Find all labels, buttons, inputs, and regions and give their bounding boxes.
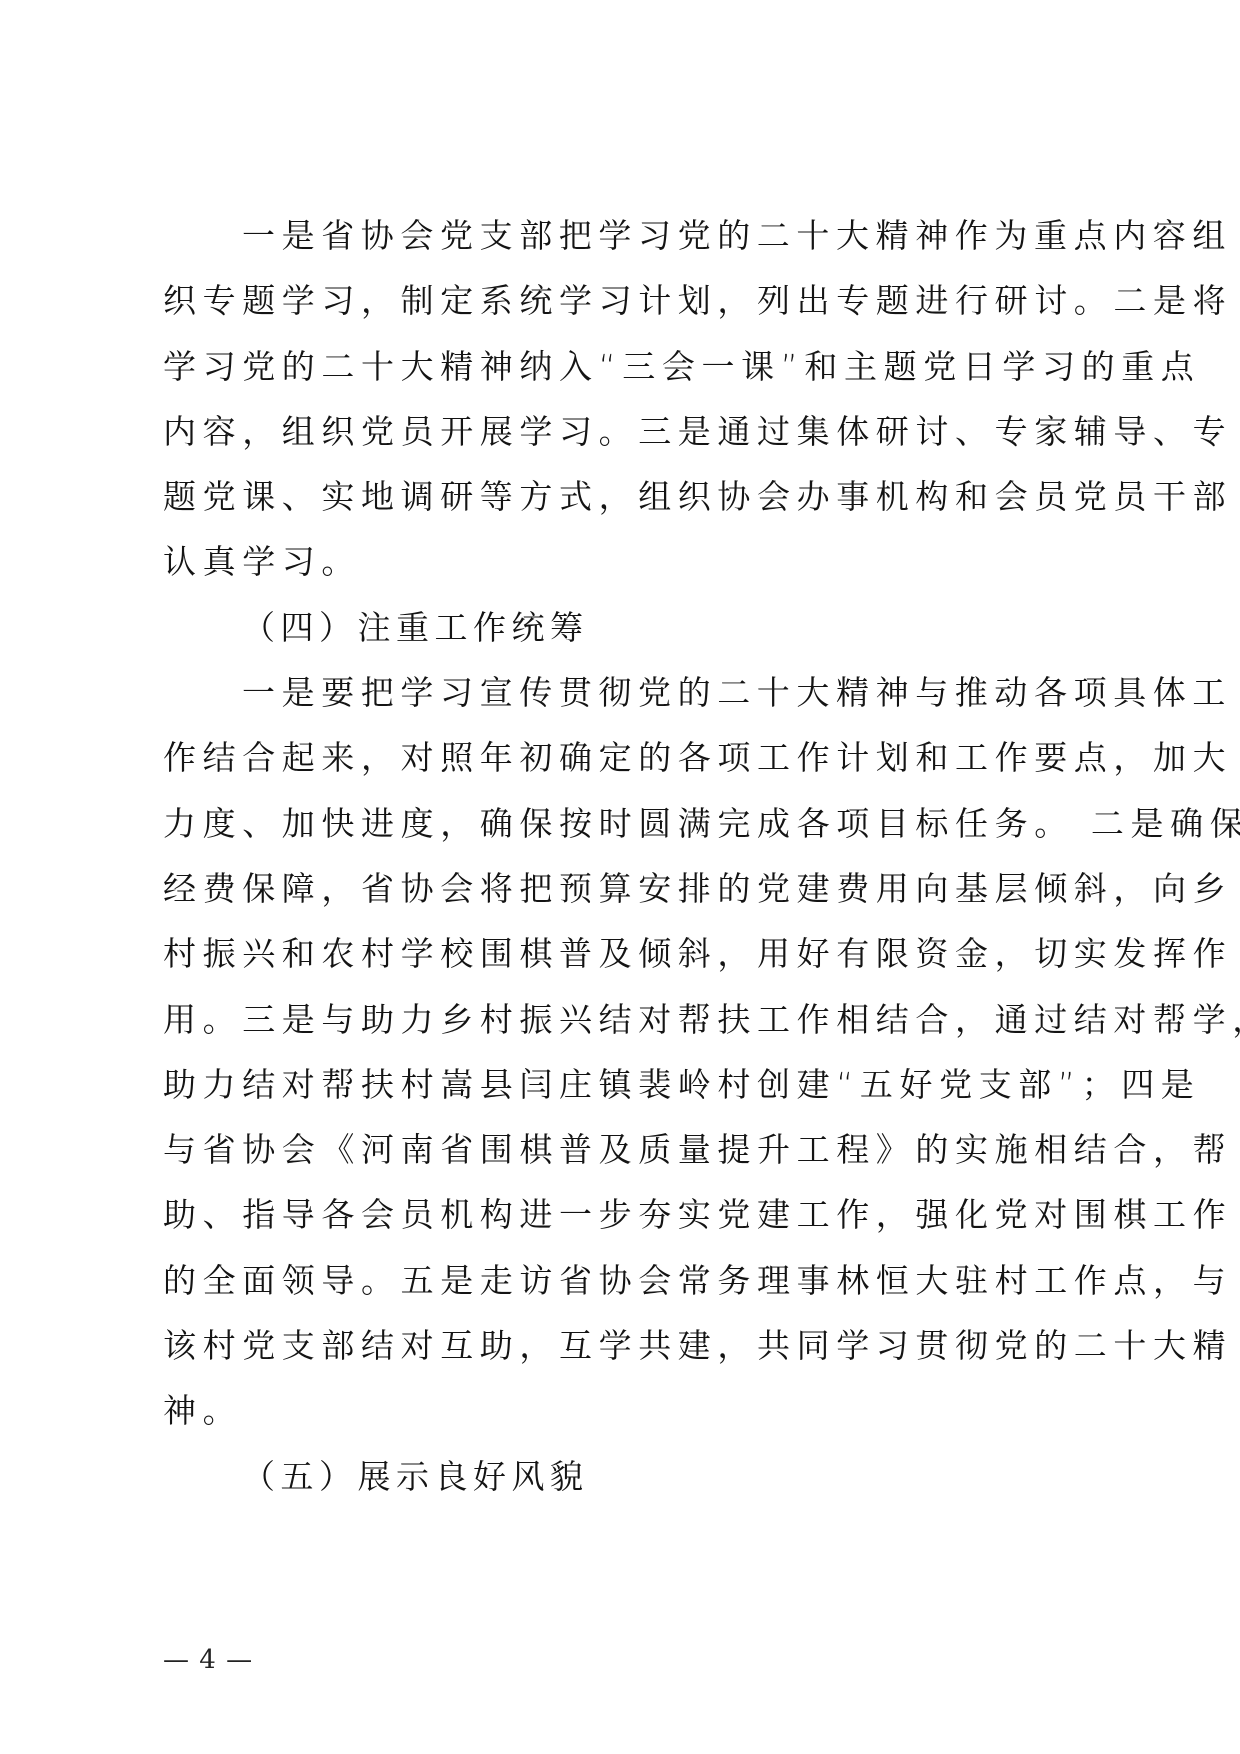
- paragraph-line: 用。三是与助力乡村振兴结对帮扶工作相结合，通过结对帮学，: [163, 987, 1093, 1052]
- paragraph-line: 助力结对帮扶村嵩县闫庄镇裴岭村创建“五好党支部”；四是: [163, 1052, 1093, 1117]
- paragraph-line: 与省协会《河南省围棋普及质量提升工程》的实施相结合，帮: [163, 1117, 1093, 1182]
- section-heading-4: （四）注重工作统筹: [163, 595, 1093, 660]
- paragraph-line: 力度、加快进度，确保按时圆满完成各项目标任务。 二是确保: [163, 791, 1093, 856]
- section-heading-5: （五）展示良好风貌: [163, 1444, 1093, 1509]
- paragraph-line: 经费保障，省协会将把预算安排的党建费用向基层倾斜，向乡: [163, 856, 1093, 921]
- paragraph-line: 内容，组织党员开展学习。三是通过集体研讨、专家辅导、专: [163, 399, 1093, 464]
- paragraph-line: 的全面领导。五是走访省协会常务理事林恒大驻村工作点，与: [163, 1248, 1093, 1313]
- paragraph-line: 助、指导各会员机构进一步夯实党建工作，强化党对围棋工作: [163, 1182, 1093, 1247]
- document-body: 一是省协会党支部把学习党的二十大精神作为重点内容组 织专题学习，制定系统学习计划…: [163, 203, 1093, 1509]
- document-page: 一是省协会党支部把学习党的二十大精神作为重点内容组 织专题学习，制定系统学习计划…: [0, 0, 1240, 1754]
- paragraph-line: 学习党的二十大精神纳入“三会一课”和主题党日学习的重点: [163, 334, 1093, 399]
- paragraph-line: 题党课、实地调研等方式，组织协会办事机构和会员党员干部: [163, 464, 1093, 529]
- page-number: — 4 —: [163, 1645, 253, 1675]
- paragraph-line: 认真学习。: [163, 529, 1093, 594]
- paragraph-line: 一是要把学习宣传贯彻党的二十大精神与推动各项具体工: [163, 660, 1093, 725]
- paragraph-line: 一是省协会党支部把学习党的二十大精神作为重点内容组: [163, 203, 1093, 268]
- paragraph-line: 作结合起来，对照年初确定的各项工作计划和工作要点，加大: [163, 725, 1093, 790]
- paragraph-line: 该村党支部结对互助，互学共建，共同学习贯彻党的二十大精: [163, 1313, 1093, 1378]
- paragraph-line: 织专题学习，制定系统学习计划，列出专题进行研讨。二是将: [163, 268, 1093, 333]
- paragraph-line: 神。: [163, 1378, 1093, 1443]
- paragraph-line: 村振兴和农村学校围棋普及倾斜，用好有限资金，切实发挥作: [163, 921, 1093, 986]
